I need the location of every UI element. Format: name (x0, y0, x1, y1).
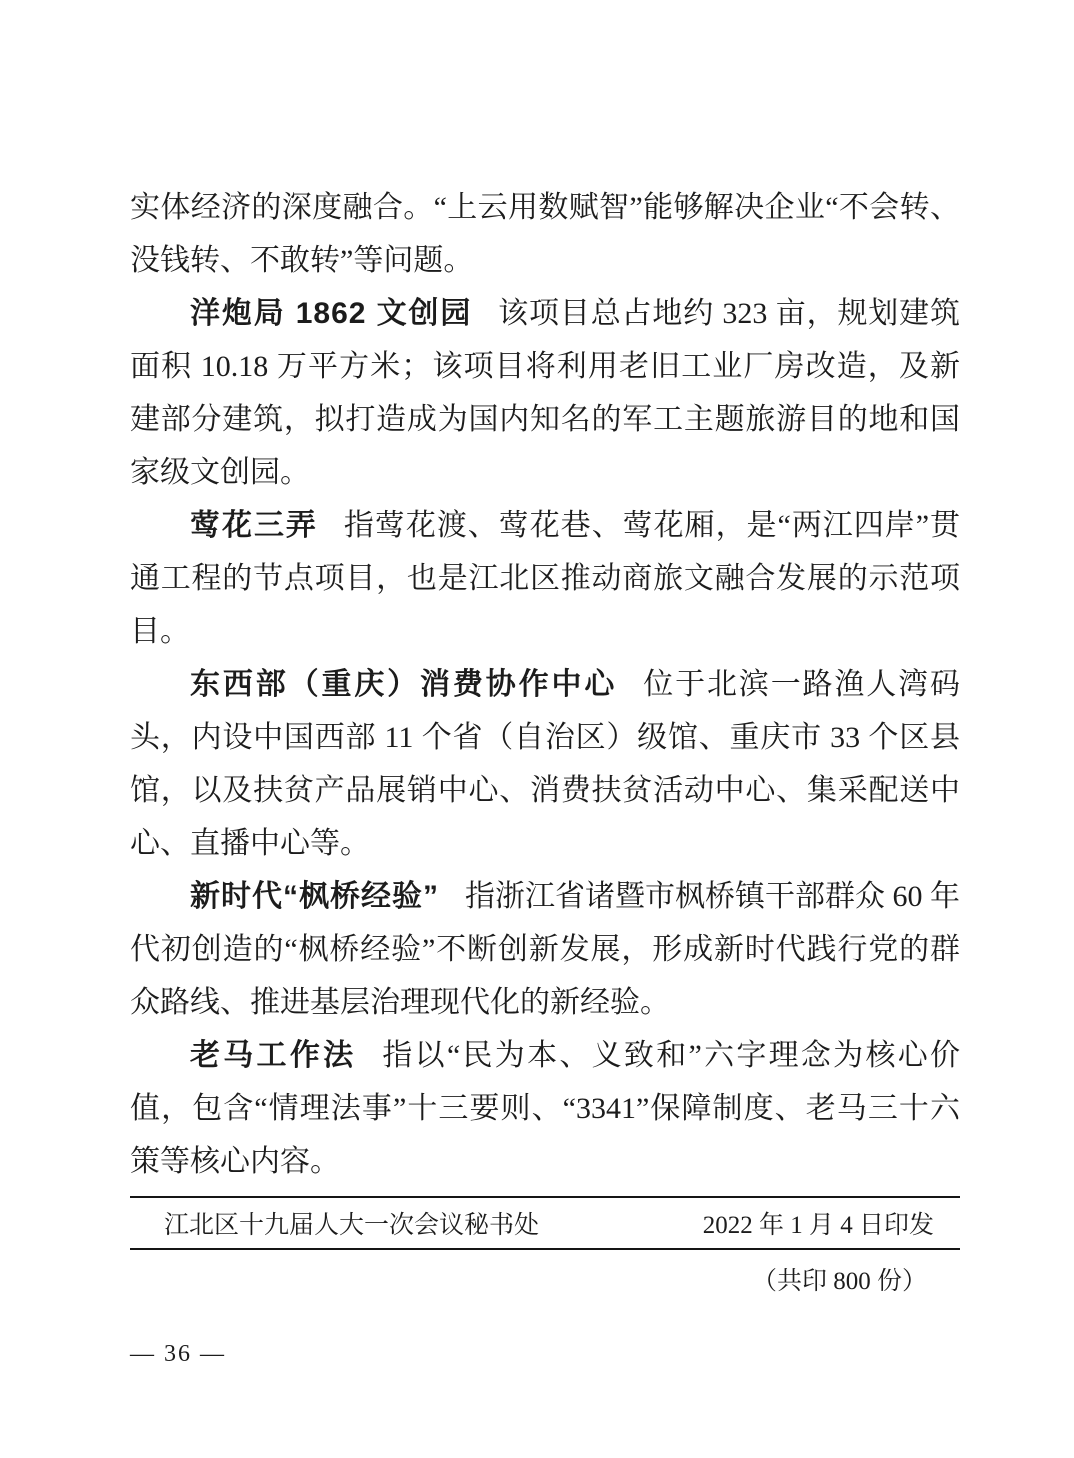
term-label: 莺花三弄 (190, 509, 318, 542)
paragraph: 东西部（重庆）消费协作中心位于北滨一路渔人湾码头，内设中国西部 11 个省（自治… (130, 658, 960, 870)
term-label: 老马工作法 (190, 1039, 356, 1072)
colophon-print-date: 2022 年 1 月 4 日印发 (703, 1205, 934, 1241)
print-run: （共印 800 份） (130, 1261, 960, 1297)
divider-bottom (130, 1248, 960, 1250)
colophon-issuer: 江北区十九届人大一次会议秘书处 (164, 1205, 539, 1241)
term-label: 洋炮局 1862 文创园 (190, 297, 472, 330)
paragraph: 新时代“枫桥经验”指浙江省诸暨市枫桥镇干部群众 60 年代初创造的“枫桥经验”不… (130, 870, 960, 1029)
colophon: 江北区十九届人大一次会议秘书处 2022 年 1 月 4 日印发 (130, 1196, 960, 1250)
paragraph: 老马工作法指以“民为本、义致和”六字理念为核心价值，包含“情理法事”十三要则、“… (130, 1029, 960, 1188)
document-page: 实体经济的深度融合。“上云用数赋智”能够解决企业“不会转、没钱转、不敢转”等问题… (0, 0, 1074, 1458)
paragraph-text: 实体经济的深度融合。“上云用数赋智”能够解决企业“不会转、没钱转、不敢转”等问题… (130, 191, 960, 277)
term-label: 东西部（重庆）消费协作中心 (190, 668, 617, 701)
page-number: — 36 — (130, 1341, 226, 1368)
paragraph: 实体经济的深度融合。“上云用数赋智”能够解决企业“不会转、没钱转、不敢转”等问题… (130, 181, 960, 287)
paragraph: 洋炮局 1862 文创园该项目总占地约 323 亩，规划建筑面积 10.18 万… (130, 287, 960, 499)
paragraph: 莺花三弄指莺花渡、莺花巷、莺花厢，是“两江四岸”贯通工程的节点项目，也是江北区推… (130, 499, 960, 658)
term-label: 新时代“枫桥经验” (190, 880, 439, 913)
colophon-row: 江北区十九届人大一次会议秘书处 2022 年 1 月 4 日印发 (130, 1198, 960, 1248)
document-body: 实体经济的深度融合。“上云用数赋智”能够解决企业“不会转、没钱转、不敢转”等问题… (130, 181, 960, 1188)
